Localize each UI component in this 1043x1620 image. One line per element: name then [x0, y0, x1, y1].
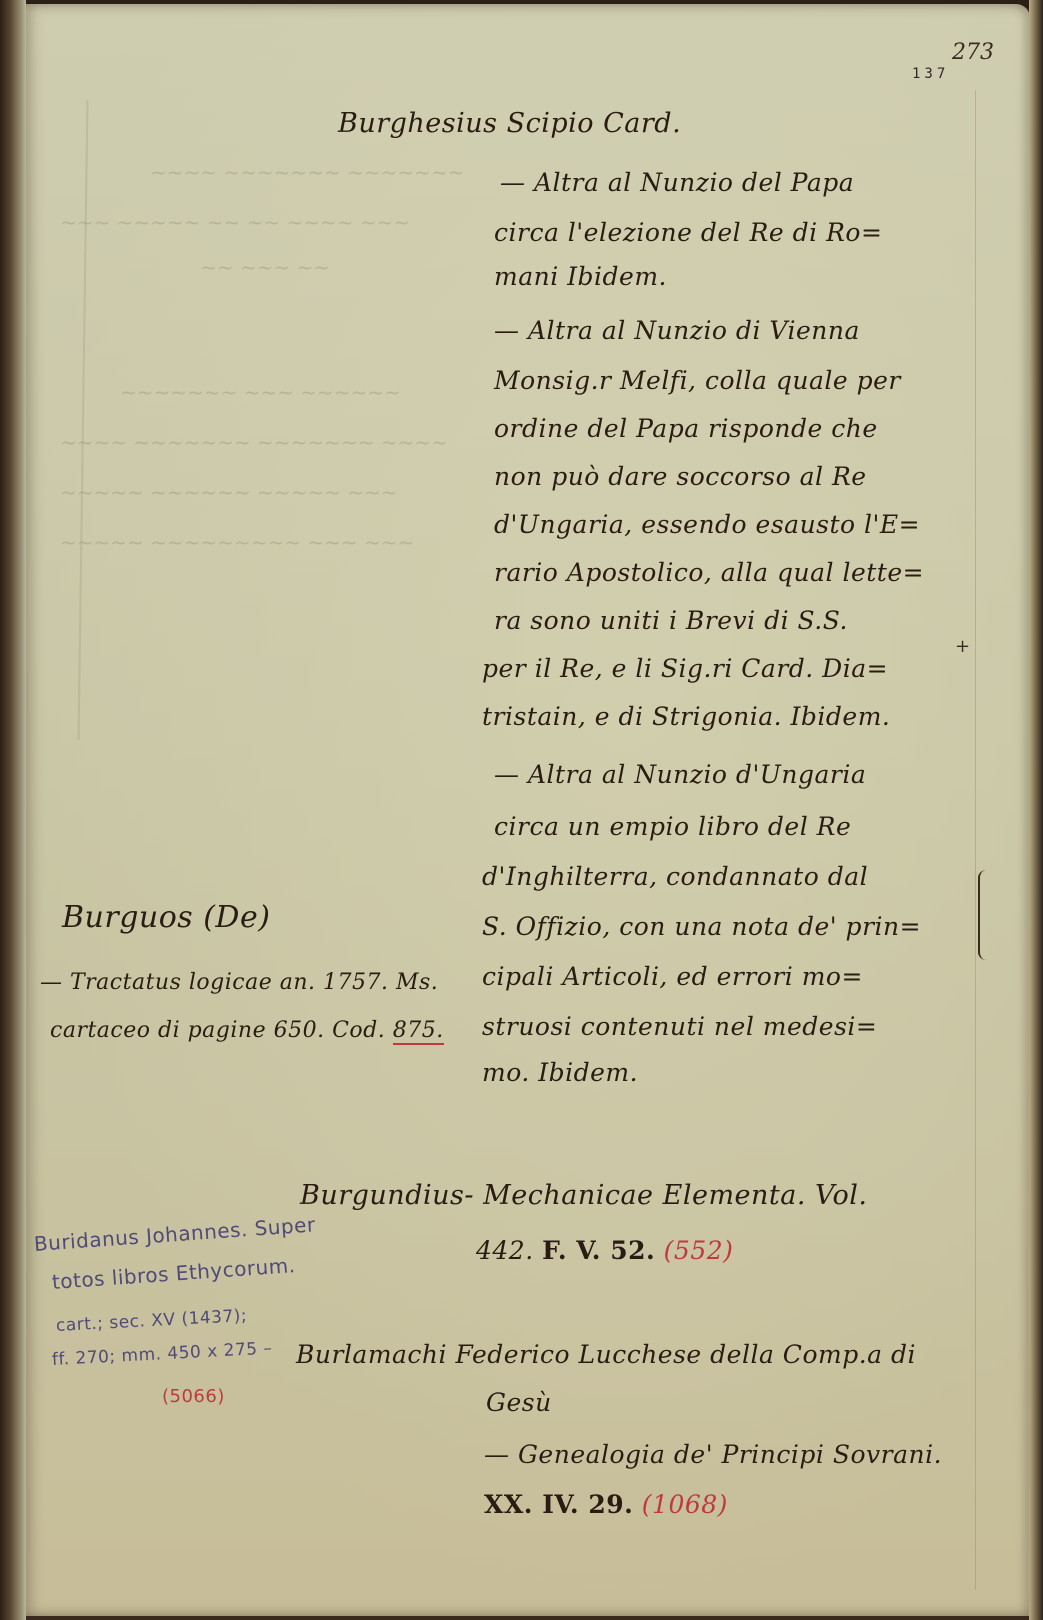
- entry-line: per il Re, e li Sig.ri Card. Dia=: [482, 654, 888, 683]
- fold-line: [975, 90, 976, 1590]
- bleed-through-text: ~~~ ~~~~~ ~~ ~~ ~~~~ ~~~: [60, 210, 410, 234]
- codex-number: 875.: [393, 1018, 444, 1045]
- bleed-through-text: ~~~~~~~ ~~~ ~~~~~~: [120, 380, 401, 404]
- red-catalog-number: (5066): [162, 1386, 225, 1407]
- bleed-through-text: ~~ ~~~ ~~: [200, 255, 330, 279]
- entry-name: Burgundius: [300, 1180, 464, 1211]
- stamped-page-number: 137: [912, 66, 949, 82]
- entry-line: — Altra al Nunzio d'Ungaria: [494, 760, 866, 789]
- shelfmark: F. V. 52.: [542, 1236, 655, 1265]
- entry-shelfmark-line: 442. F. V. 52. (552): [476, 1236, 733, 1265]
- red-catalog-number: (1068): [642, 1490, 728, 1519]
- entry-line: circa l'elezione del Re di Ro=: [494, 218, 882, 247]
- entry-line: cipali Articoli, ed errori mo=: [482, 962, 863, 991]
- bleed-through-text: ~~~~~ ~~~~~~ ~~~~~ ~~~: [60, 480, 397, 504]
- book-binding: [0, 0, 26, 1620]
- margin-cross-mark: +: [955, 636, 970, 657]
- folio-number: 273: [952, 40, 994, 65]
- entry-line: — Altra al Nunzio di Vienna: [494, 316, 860, 345]
- page-right-edge: [1029, 0, 1043, 1620]
- entry-line: tristain, e di Strigonia. Ibidem.: [482, 702, 890, 731]
- red-catalog-number: (552): [664, 1236, 734, 1265]
- entry-shelfmark-line: XX. IV. 29. (1068): [484, 1490, 728, 1519]
- entry-line: struosi contenuti nel medesi=: [482, 1012, 877, 1041]
- entry-line: ra sono uniti i Brevi di S.S.: [494, 606, 848, 635]
- entry-heading-burguos: Burguos (De): [62, 900, 270, 935]
- bleed-through-text: ~~~~ ~~~~~~~ ~~~~~~~ ~~~~: [60, 430, 448, 454]
- bleed-through-text: ~~~~~ ~~~~~~~~~ ~~~ ~~~: [60, 530, 414, 554]
- margin-bracket: [978, 870, 990, 960]
- entry-heading-burghesius: Burghesius Scipio Card.: [338, 108, 681, 139]
- entry-line: mani Ibidem.: [494, 262, 667, 291]
- entry-line: — Tractatus logicae an. 1757. Ms.: [40, 970, 438, 995]
- entry-heading-burgundius: Burgundius- Mechanicae Elementa. Vol.: [300, 1180, 868, 1211]
- entry-line: — Genealogia de' Principi Sovrani.: [484, 1440, 942, 1469]
- entry-line: ordine del Papa risponde che: [494, 414, 878, 443]
- entry-line: d'Ungaria, essendo esausto l'E=: [494, 510, 920, 539]
- entry-line: non può dare soccorso al Re: [494, 462, 867, 491]
- entry-heading-burlamachi: Burlamachi Federico Lucchese della Comp.…: [296, 1340, 916, 1369]
- bleed-through-text: ~~~~ ~~~~~~~ ~~~~~~~: [150, 160, 464, 184]
- entry-line: circa un empio libro del Re: [494, 812, 851, 841]
- entry-text: cartaceo di pagine 650. Cod.: [50, 1018, 385, 1043]
- entry-line: Monsig.r Melfi, colla quale per: [494, 366, 901, 395]
- volume-ref: 442.: [476, 1236, 534, 1265]
- entry-line: S. Offizio, con una nota de' prin=: [482, 912, 921, 941]
- entry-line: Gesù: [486, 1388, 552, 1417]
- entry-line: cartaceo di pagine 650. Cod. 875.: [50, 1018, 444, 1043]
- entry-line: — Altra al Nunzio del Papa: [500, 168, 854, 197]
- entry-title: - Mechanicae Elementa. Vol.: [464, 1180, 867, 1211]
- entry-line: d'Inghilterra, condannato dal: [482, 862, 868, 891]
- shelfmark: XX. IV. 29.: [484, 1490, 633, 1519]
- entry-line: rario Apostolico, alla qual lette=: [494, 558, 924, 587]
- entry-line: mo. Ibidem.: [482, 1058, 638, 1087]
